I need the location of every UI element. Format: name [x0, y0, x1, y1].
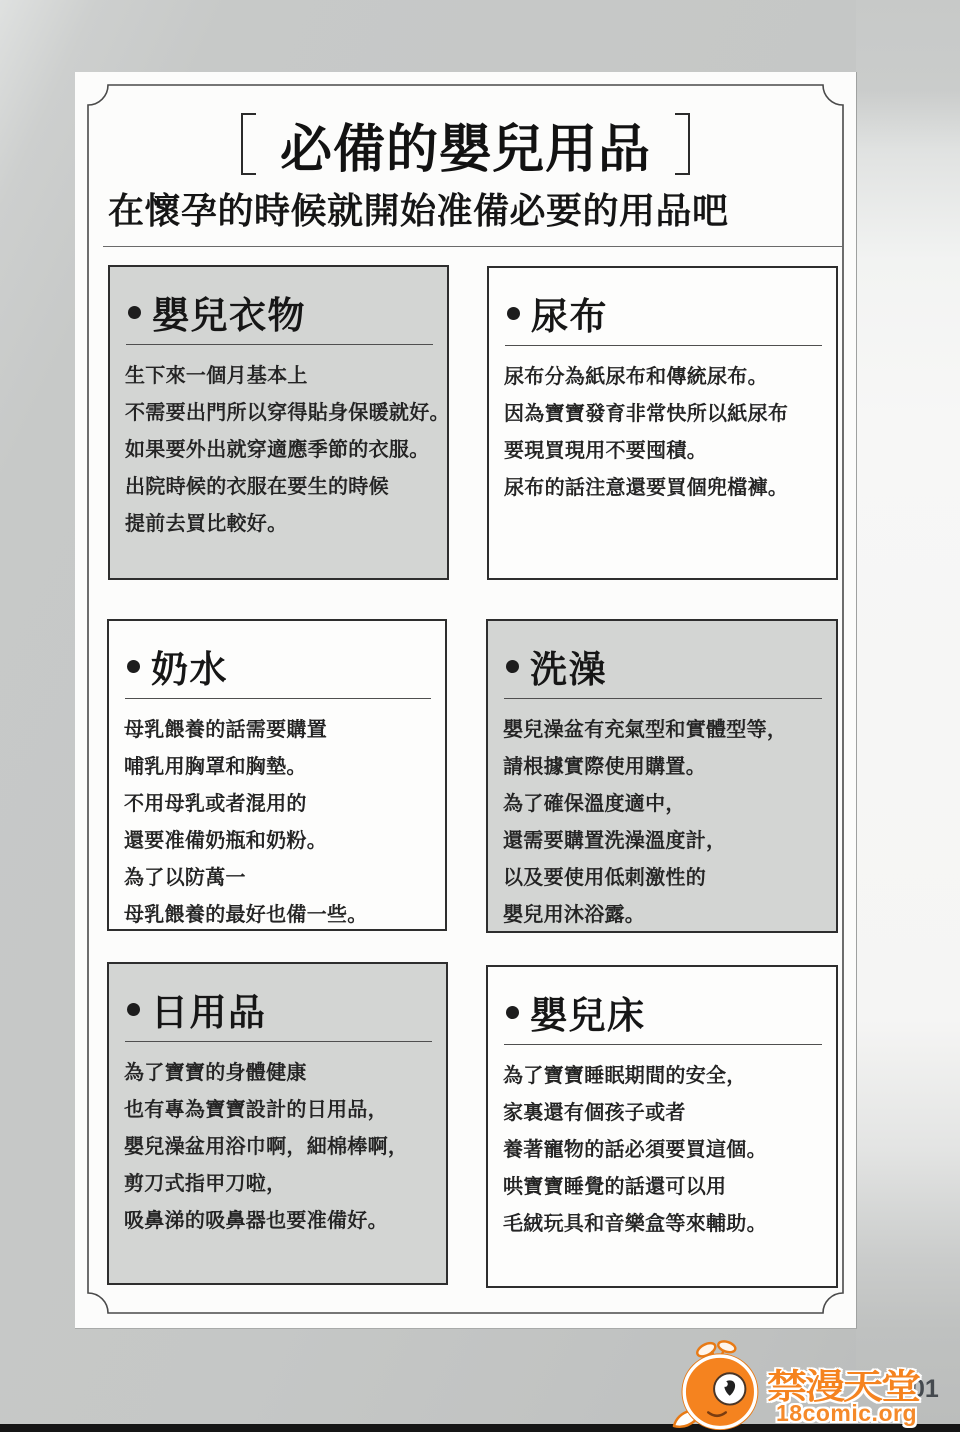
product-box-daily-necessities: 日用品 為了寶寶的身體健康也有專為寶寶設計的日用品，嬰兒澡盆用浴巾啊，細棉棒啊，…	[107, 962, 448, 1285]
page-title: 必備的嬰兒用品	[280, 107, 651, 182]
box-divider	[126, 344, 433, 345]
scanned-comic-page: 必備的嬰兒用品 在懷孕的時候就開始准備必要的用品吧 嬰兒衣物 生下來一個月基本上…	[0, 0, 960, 1432]
text-line: 為了寶寶的身體健康	[124, 1055, 434, 1092]
box-title: 尿布	[531, 286, 608, 340]
watermark-site-url: 18comic.org	[776, 1400, 917, 1427]
page-title-row: 必備的嬰兒用品	[75, 110, 856, 178]
text-line: 嬰兒用沐浴露。	[503, 897, 824, 934]
text-line: 母乳餵養的話需要購置	[124, 712, 433, 749]
text-line: 為了以防萬一	[124, 860, 433, 897]
text-line: 也有專為寶寶設計的日用品，	[124, 1092, 434, 1129]
text-line: 如果要外出就穿適應季節的衣服。	[125, 432, 435, 469]
box-divider	[504, 698, 822, 699]
text-line: 嬰兒澡盆有充氣型和實體型等，	[503, 712, 824, 749]
box-divider	[125, 1041, 432, 1042]
bullet-icon	[506, 1006, 519, 1019]
box-body: 為了寶寶睡眠期間的安全，家裏還有個孩子或者養著寵物的話必須要買這個。哄寶寶睡覺的…	[503, 1058, 824, 1243]
text-line: 出院時候的衣服在要生的時候	[125, 469, 435, 506]
text-line: 哺乳用胸罩和胸墊。	[124, 749, 433, 786]
title-bracket-right-icon	[673, 113, 690, 175]
bullet-icon	[506, 660, 519, 673]
box-title-row: 尿布	[504, 290, 824, 336]
text-line: 剪刀式指甲刀啦，	[124, 1166, 434, 1203]
box-body: 嬰兒澡盆有充氣型和實體型等，請根據實際使用購置。為了確保溫度適中，還需要購置洗澡…	[503, 712, 824, 934]
text-line: 尿布分為紙尿布和傳統尿布。	[504, 359, 824, 396]
box-body: 母乳餵養的話需要購置哺乳用胸罩和胸墊。不用母乳或者混用的還要准備奶瓶和奶粉。為了…	[124, 712, 433, 934]
mascot-icon	[668, 1338, 768, 1430]
box-title: 嬰兒衣物	[152, 285, 306, 339]
book-page: 必備的嬰兒用品 在懷孕的時候就開始准備必要的用品吧 嬰兒衣物 生下來一個月基本上…	[75, 72, 857, 1329]
text-line: 不用母乳或者混用的	[124, 786, 433, 823]
page-curl-shading	[856, 0, 960, 1424]
subtitle-underline	[103, 246, 843, 247]
bullet-icon	[127, 1003, 140, 1016]
box-body: 生下來一個月基本上不需要出門所以穿得貼身保暖就好。如果要外出就穿適應季節的衣服。…	[125, 358, 435, 543]
text-line: 要現買現用不要囤積。	[504, 433, 824, 470]
box-title: 日用品	[151, 982, 267, 1036]
box-divider	[505, 345, 822, 346]
product-box-diapers: 尿布 尿布分為紙尿布和傳統尿布。因為寶寶發育非常快所以紙尿布要現買現用不要囤積。…	[487, 266, 838, 580]
text-line: 請根據實際使用購置。	[503, 749, 824, 786]
box-body: 尿布分為紙尿布和傳統尿布。因為寶寶發育非常快所以紙尿布要現買現用不要囤積。尿布的…	[504, 359, 824, 507]
text-line: 以及要使用低刺激性的	[503, 860, 824, 897]
page-subtitle: 在懷孕的時候就開始准備必要的用品吧	[108, 186, 729, 236]
box-divider	[504, 1044, 822, 1045]
box-divider	[125, 698, 431, 699]
product-box-baby-clothes: 嬰兒衣物 生下來一個月基本上不需要出門所以穿得貼身保暖就好。如果要外出就穿適應季…	[108, 265, 449, 580]
text-line: 嬰兒澡盆用浴巾啊，細棉棒啊，	[124, 1129, 434, 1166]
bullet-icon	[127, 660, 140, 673]
bullet-icon	[507, 307, 520, 320]
box-title-row: 洗澡	[503, 643, 824, 689]
text-line: 為了確保溫度適中，	[503, 786, 824, 823]
bullet-icon	[128, 306, 141, 319]
box-title: 洗澡	[530, 639, 607, 693]
text-line: 毛絨玩具和音樂盒等來輔助。	[503, 1206, 824, 1243]
text-line: 尿布的話注意還要買個兜檔褲。	[504, 470, 824, 507]
box-title: 嬰兒床	[530, 985, 646, 1039]
product-box-crib: 嬰兒床 為了寶寶睡眠期間的安全，家裏還有個孩子或者養著寵物的話必須要買這個。哄寶…	[486, 965, 838, 1288]
box-body: 為了寶寶的身體健康也有專為寶寶設計的日用品，嬰兒澡盆用浴巾啊，細棉棒啊，剪刀式指…	[124, 1055, 434, 1240]
title-bracket-left-icon	[241, 113, 258, 175]
box-title-row: 奶水	[124, 643, 433, 689]
text-line: 因為寶寶發育非常快所以紙尿布	[504, 396, 824, 433]
text-line: 養著寵物的話必須要買這個。	[503, 1132, 824, 1169]
text-line: 為了寶寶睡眠期間的安全，	[503, 1058, 824, 1095]
text-line: 家裏還有個孩子或者	[503, 1095, 824, 1132]
product-box-milk: 奶水 母乳餵養的話需要購置哺乳用胸罩和胸墊。不用母乳或者混用的還要准備奶瓶和奶粉…	[107, 619, 447, 931]
text-line: 生下來一個月基本上	[125, 358, 435, 395]
text-line: 還需要購置洗澡溫度計，	[503, 823, 824, 860]
product-box-bathing: 洗澡 嬰兒澡盆有充氣型和實體型等，請根據實際使用購置。為了確保溫度適中，還需要購…	[486, 619, 838, 933]
text-line: 母乳餵養的最好也備一些。	[124, 897, 433, 934]
text-line: 提前去買比較好。	[125, 506, 435, 543]
text-line: 吸鼻涕的吸鼻器也要准備好。	[124, 1203, 434, 1240]
box-title-row: 嬰兒衣物	[125, 289, 435, 335]
box-title: 奶水	[151, 639, 228, 693]
text-line: 不需要出門所以穿得貼身保暖就好。	[125, 395, 435, 432]
text-line: 哄寶寶睡覺的話還可以用	[503, 1169, 824, 1206]
box-title-row: 嬰兒床	[503, 989, 824, 1035]
box-title-row: 日用品	[124, 986, 434, 1032]
text-line: 還要准備奶瓶和奶粉。	[124, 823, 433, 860]
